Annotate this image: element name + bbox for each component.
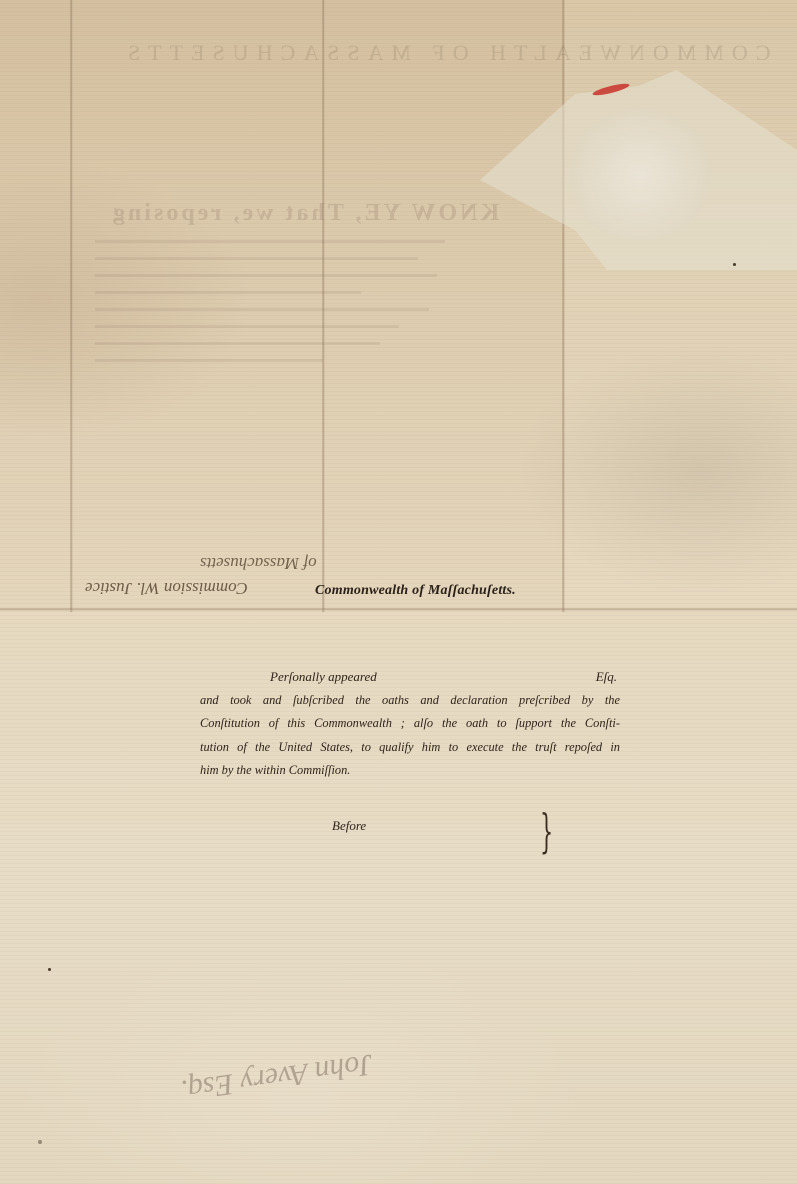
bleed-through-title: COMMONWEALTH OF MASSACHUSETTS (120, 40, 770, 66)
oath-line: and took and ſubſcribed the oaths and de… (200, 689, 620, 713)
before-text: Before (332, 818, 366, 834)
paper-speck (733, 263, 736, 266)
esq-text: Eſq. (596, 665, 617, 689)
brace-symbol: } (540, 808, 553, 854)
paper-speck (38, 1140, 42, 1144)
embossed-seal (565, 110, 715, 240)
oath-line: tution of the United States, to qualify … (200, 736, 620, 760)
paper-speck (48, 968, 51, 971)
handwritten-docket-line-2: Commission Wl. Justice (85, 578, 248, 598)
personally-appeared-text: Perſonally appeared (270, 665, 377, 689)
oath-line: him by the within Commiſſion. (200, 759, 620, 783)
fold-line-horizontal (0, 608, 797, 611)
bleed-through-body-lines (95, 240, 475, 376)
oath-text-block: Perſonally appeared Eſq. and took and ſu… (200, 665, 620, 783)
document-sheet: COMMONWEALTH OF MASSACHUSETTS KNOW YE, T… (0, 0, 797, 1184)
fold-line-left (70, 0, 73, 612)
bleed-through-know-ye: KNOW YE, That we, reposing (110, 200, 499, 227)
oath-line: Conſtitution of this Commonwealth ; alſo… (200, 712, 620, 736)
fold-line-right (562, 0, 565, 612)
oath-first-line: Perſonally appeared Eſq. (200, 665, 620, 689)
faint-signature: John Avery Esq. (179, 1047, 375, 1108)
commonwealth-heading: Commonwealth of Maſſachuſetts. (315, 583, 516, 599)
handwritten-docket-line-1: of Massachusetts (200, 553, 317, 573)
